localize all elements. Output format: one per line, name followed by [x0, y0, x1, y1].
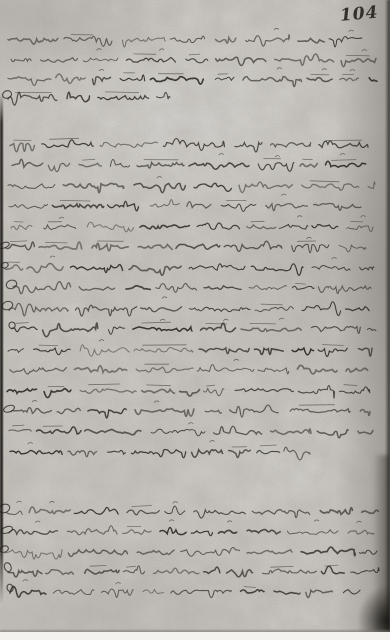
paper-grain-texture — [0, 0, 390, 640]
scan-edge-left-shadow — [0, 92, 3, 604]
scan-bottom-margin — [0, 632, 390, 640]
manuscript-scan-page: 104 — [0, 0, 390, 640]
handwriting-text-layer — [0, 0, 390, 640]
scan-corner-shadow — [358, 586, 390, 634]
page-number: 104 — [339, 0, 385, 28]
